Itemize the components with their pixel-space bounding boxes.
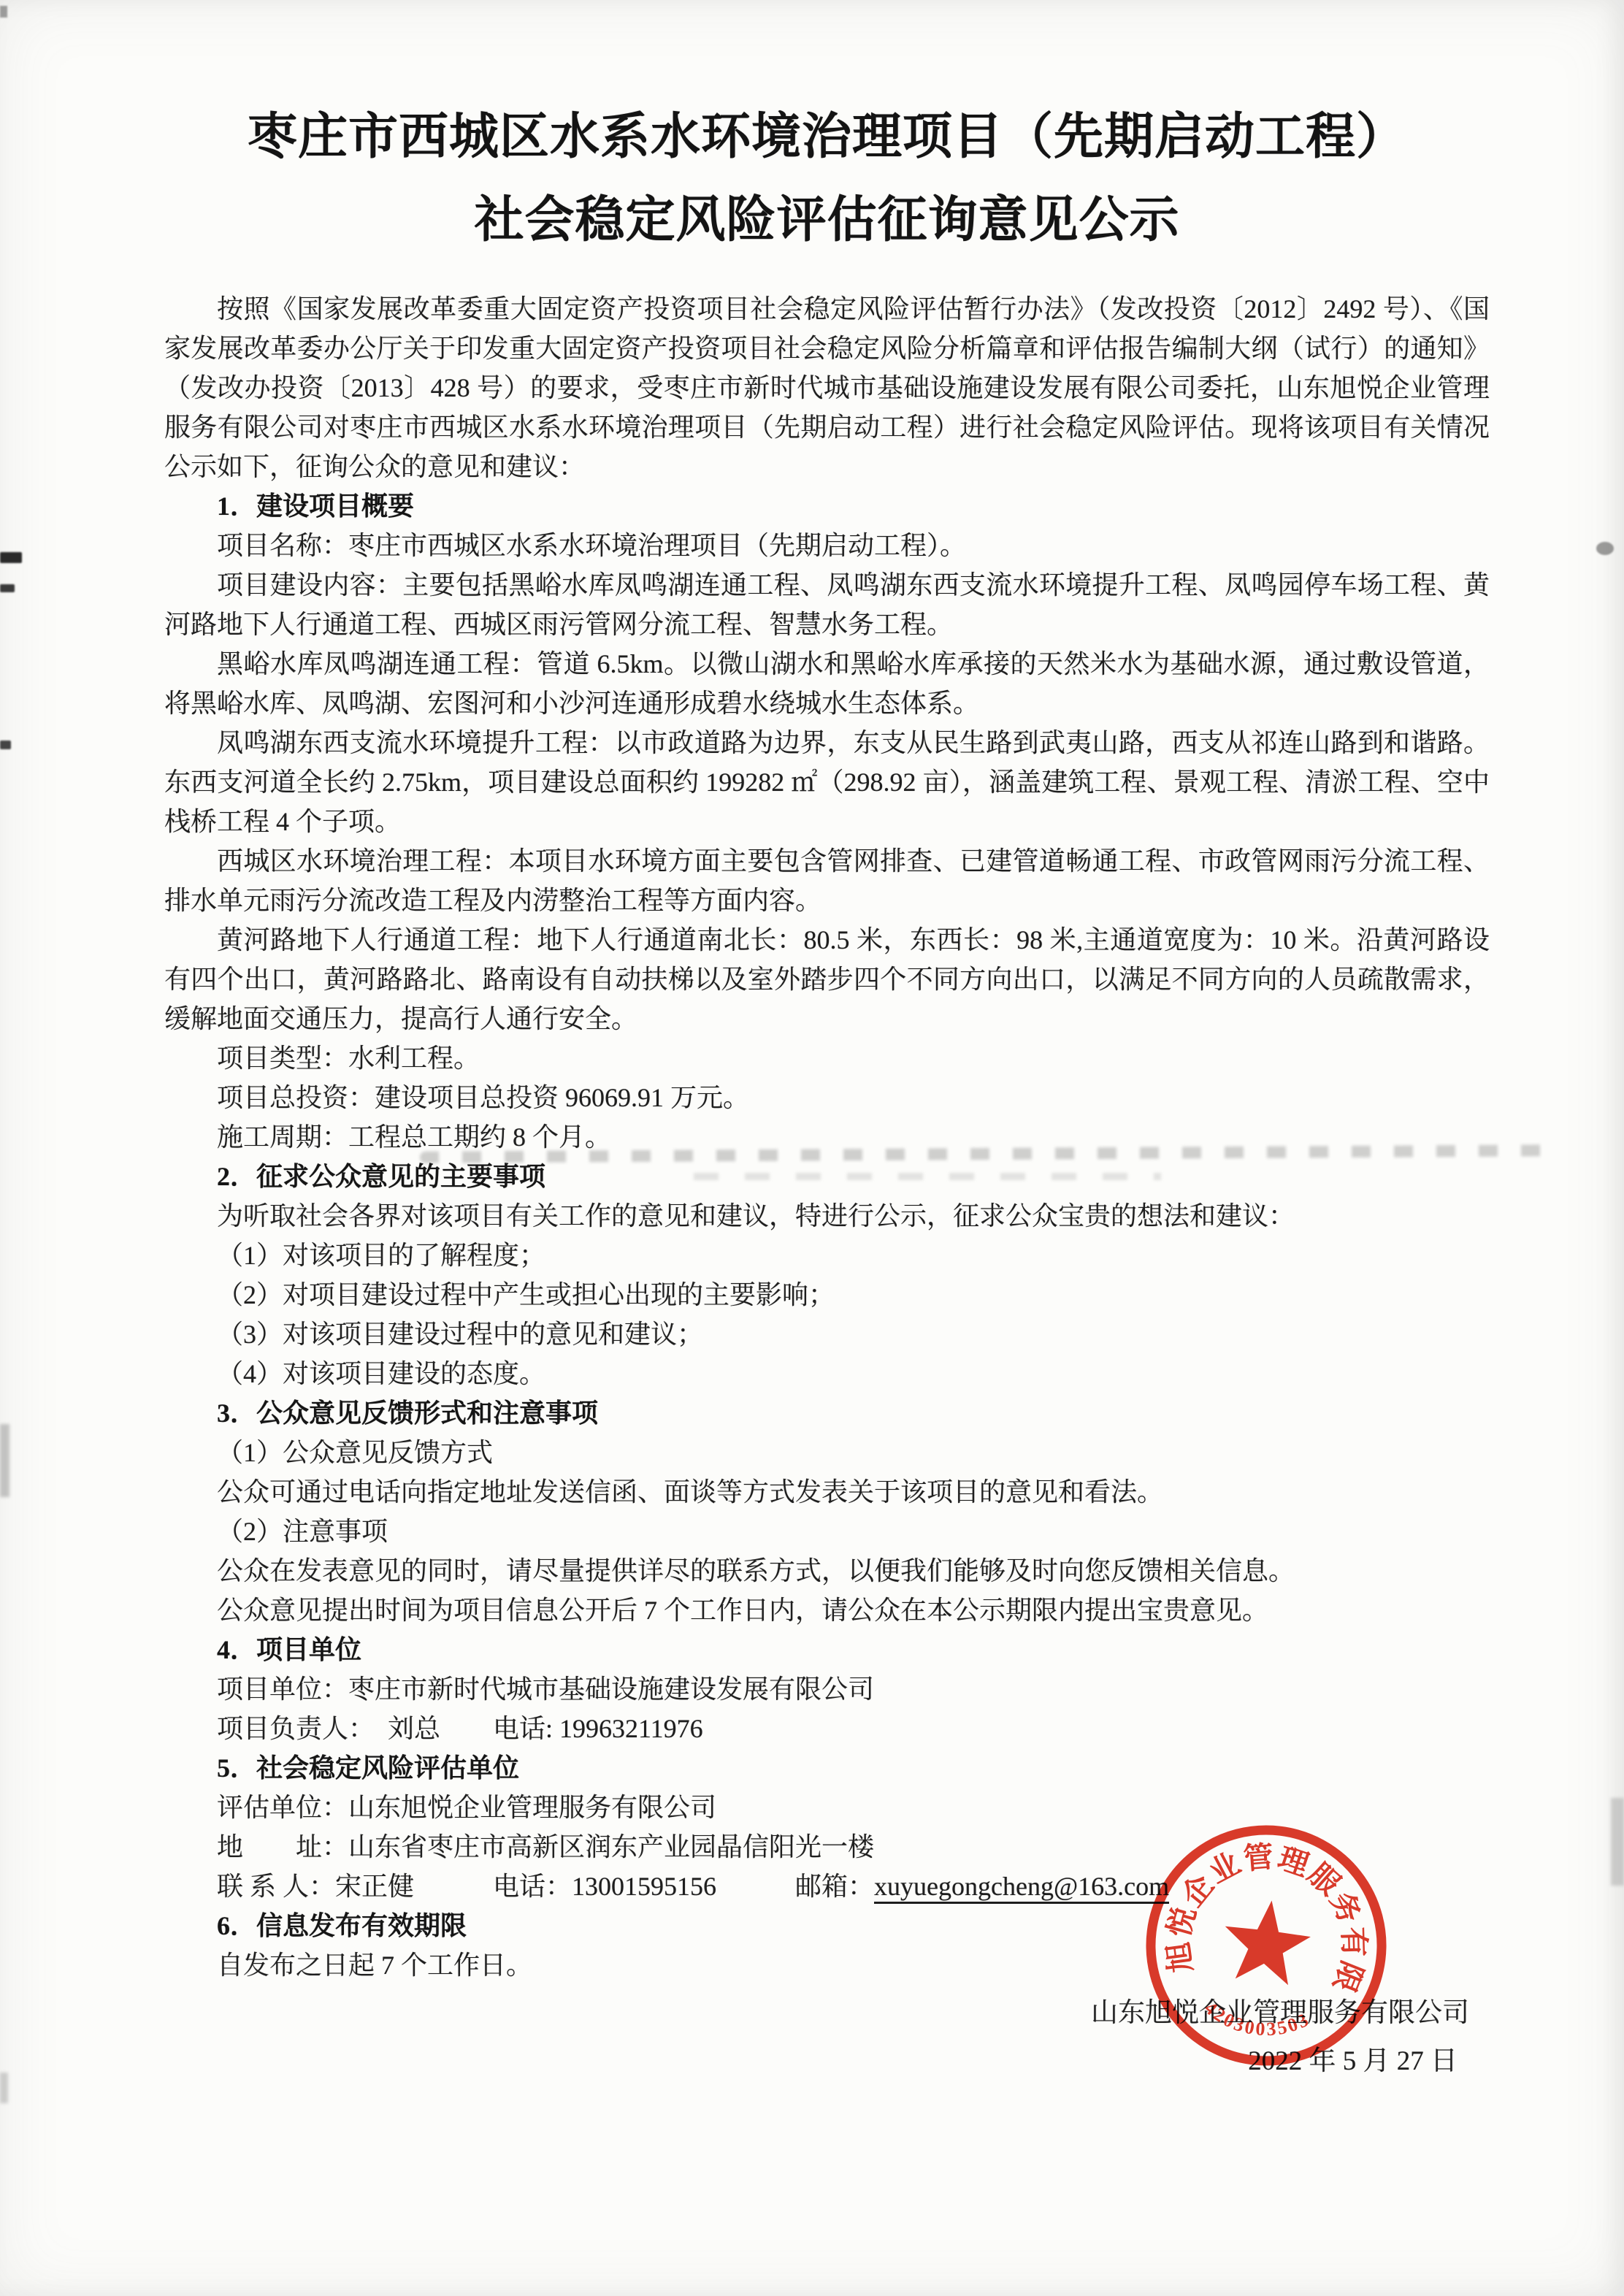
scanned-document-page: 枣庄市西城区水系水环境治理项目（先期启动工程） 社会稳定风险评估征询意见公示 按… — [0, 0, 1624, 2296]
section-4-heading: 4．项目单位 — [164, 1630, 1490, 1669]
section-6-heading: 6．信息发布有效期限 — [164, 1906, 1490, 1945]
opinion-item-4: （4）对该项目建设的态度。 — [164, 1354, 1490, 1393]
project-leader-line: 项目负责人： 刘总 电话: 19963211976 — [164, 1709, 1490, 1748]
scan-edge-mark — [0, 552, 22, 563]
document-title-line2: 社会稳定风险评估征询意见公示 — [164, 191, 1490, 248]
document-text: 按照《国家发展改革委重大固定资产投资项目社会稳定风险评估暂行办法》（发改投资〔2… — [164, 289, 1490, 2086]
paragraph-water-treatment-project: 西城区水环境治理工程：本项目水环境方面主要包含管网排查、已建管道畅通工程、市政管… — [164, 841, 1490, 920]
section-5-heading: 5．社会稳定风险评估单位 — [164, 1748, 1490, 1788]
section-3-heading: 3．公众意见反馈形式和注意事项 — [164, 1393, 1490, 1433]
paragraph-underpass-project: 黄河路地下人行通道工程：地下人行通道南北长：80.5 米，东西长：98 米,主通… — [164, 920, 1490, 1038]
paragraph-project-type: 项目类型：水利工程。 — [164, 1038, 1490, 1078]
opinion-item-1: （1）对该项目的了解程度； — [164, 1236, 1490, 1275]
assessment-unit-line: 评估单位：山东旭悦企业管理服务有限公司 — [164, 1788, 1490, 1827]
paragraph-lake-branches-project: 凤鸣湖东西支流水环境提升工程：以市政道路为边界，东支从民生路到武夷山路，西支从祁… — [164, 723, 1490, 841]
paragraph-project-name: 项目名称：枣庄市西城区水系水环境治理项目（先期启动工程）。 — [164, 526, 1490, 565]
notes-text-1: 公众在发表意见的同时，请尽量提供详尽的联系方式，以便我们能够及时向您反馈相关信息… — [164, 1551, 1490, 1591]
scan-edge-mark — [0, 584, 15, 592]
contact-line: 联 系 人：宋正健 电话：13001595156 邮箱：xuyuegongche… — [164, 1867, 1490, 1906]
document-body: 枣庄市西城区水系水环境治理项目（先期启动工程） 社会稳定风险评估征询意见公示 按… — [164, 108, 1490, 2086]
paragraph-total-investment: 项目总投资：建设项目总投资 96069.91 万元。 — [164, 1078, 1490, 1117]
contact-prefix: 联 系 人：宋正健 电话：13001595156 邮箱： — [217, 1872, 874, 1901]
notes-label: （2）注意事项 — [164, 1512, 1490, 1551]
scan-speck — [0, 2073, 8, 2103]
signature-date: 2022 年 5 月 27 日 — [164, 2037, 1469, 2086]
scan-speck — [0, 6, 7, 18]
address-line: 地 址：山东省枣庄市高新区润东产业园晶信阳光一楼 — [164, 1827, 1490, 1867]
scan-edge-mark — [0, 741, 11, 749]
paragraph-reservoir-project: 黑峪水库凤鸣湖连通工程：管道 6.5km。以微山湖水和黑峪水库承接的天然米水为基… — [164, 644, 1490, 723]
validity-period-line: 自发布之日起 7 个工作日。 — [164, 1945, 1490, 1985]
scan-speck — [1596, 542, 1614, 555]
intro-paragraph: 按照《国家发展改革委重大固定资产投资项目社会稳定风险评估暂行办法》（发改投资〔2… — [164, 289, 1490, 486]
paragraph-project-content: 项目建设内容：主要包括黑峪水库凤鸣湖连通工程、凤鸣湖东西支流水环境提升工程、凤鸣… — [164, 565, 1490, 644]
feedback-method-label: （1）公众意见反馈方式 — [164, 1433, 1490, 1472]
paragraph-construction-period: 施工周期：工程总工期约 8 个月。 — [164, 1117, 1490, 1157]
signature-block: 山东旭悦企业管理服务有限公司 2022 年 5 月 27 日 — [164, 1989, 1490, 2086]
document-title-line1: 枣庄市西城区水系水环境治理项目（先期启动工程） — [164, 108, 1490, 165]
contact-email: xuyuegongcheng@163.com — [874, 1872, 1169, 1904]
section-2-heading: 2．征求公众意见的主要事项 — [164, 1157, 1490, 1196]
signature-company: 山东旭悦企业管理服务有限公司 — [164, 1989, 1469, 2037]
section-1-heading: 1．建设项目概要 — [164, 486, 1490, 526]
scan-edge-mark — [0, 1424, 9, 1497]
scan-edge-mark — [1611, 1798, 1624, 1886]
notes-text-2: 公众意见提出时间为项目信息公开后 7 个工作日内，请公众在本公示期限内提出宝贵意… — [164, 1591, 1490, 1630]
opinion-item-2: （2）对项目建设过程中产生或担心出现的主要影响； — [164, 1275, 1490, 1315]
paragraph-opinion-intro: 为听取社会各界对该项目有关工作的意见和建议，特进行公示，征求公众宝贵的想法和建议… — [164, 1196, 1490, 1236]
project-unit-line: 项目单位：枣庄市新时代城市基础设施建设发展有限公司 — [164, 1669, 1490, 1709]
opinion-item-3: （3）对该项目建设过程中的意见和建议； — [164, 1315, 1490, 1354]
feedback-method-text: 公众可通过电话向指定地址发送信函、面谈等方式发表关于该项目的意见和看法。 — [164, 1472, 1490, 1512]
